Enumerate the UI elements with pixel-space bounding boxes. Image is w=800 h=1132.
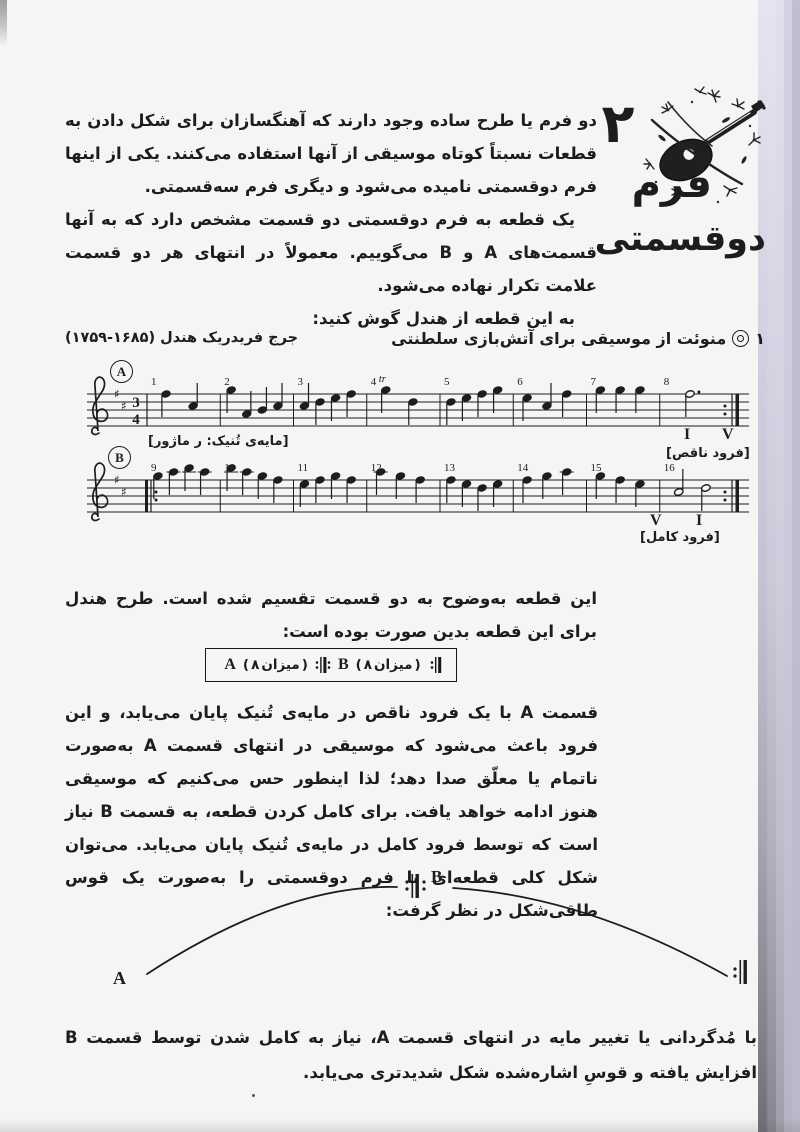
intro-paragraphs: دو فرم یا طرح ساده وجود دارند که آهنگساز… [65,104,597,335]
measure-number: 15 [591,462,603,474]
paren-close: ) [414,657,420,673]
repeat-dot [155,491,158,494]
final-thick-bar [736,394,740,426]
form-b-length: ( ۸ میزان ) [356,657,421,673]
chapter-title-word2: دوقسمتی [598,214,766,264]
time-sig-numerator: 3 [132,395,140,411]
paren-open: ( [243,657,249,673]
measure-number: 8 [664,376,670,388]
listen-track-icon [732,330,749,347]
book-page-scan: { "colors": { "ink": "#1d1d1d", "page": … [0,0,800,1132]
listening-marker: ۱ منوئت از موسیقی برای آتش‌بازی سلطنتی [391,329,765,348]
tonic-key-label: [مایه‌ی تُنیک: ر ماژور] [148,434,289,449]
measure-number: 14 [517,462,529,474]
measure-number: 6 [517,376,523,388]
chapter-title-word1: فرم [620,158,712,210]
measure-count: ۸ [364,657,372,673]
paren-close: ) [302,657,308,673]
measure-number: 1 [151,376,157,388]
cadence2-numeral-I: I [696,512,702,530]
arch-left-curve [147,887,397,974]
listening-caption-row: جرج فریدریک هندل (۱۷۵۹-۱۶۸۵) ۱ منوئت از … [65,322,765,354]
repeat-dot [724,491,727,494]
sharp-icon: ♯ [121,485,127,499]
final-thick-bar [736,480,740,512]
arch-peak-repeat-icon [405,874,425,898]
measure-number: 2 [224,376,230,388]
cadence2-numeral-V: V [650,512,662,530]
composer-credit: جرج فریدریک هندل (۱۷۵۹-۱۶۸۵) [65,330,298,346]
arch-label-a: A [113,968,126,988]
paren-open: ( [356,657,362,673]
paragraph-intro-2: یک قطعه به فرم دوقسمتی دو قسمت مشخص دارد… [65,203,597,302]
repeat-dot [724,413,727,416]
measure-unit: میزان [374,657,412,673]
piece-title: منوئت از موسیقی برای آتش‌بازی سلطنتی [391,329,726,348]
repeat-dot [724,405,727,408]
measure-number: 5 [444,376,450,388]
composer-years: (۱۷۵۹-۱۶۸۵) [65,330,155,346]
augmentation-dot [697,391,700,394]
form-section-b: B [338,656,349,674]
paragraph-middle: این قطعه به‌وضوح به دو قسمت تقسیم شده اس… [65,582,597,648]
repeat-dot [724,499,727,502]
measure-number: 13 [444,462,456,474]
paragraph-intro-1: دو فرم یا طرح ساده وجود دارند که آهنگساز… [65,104,597,203]
form-a-length: ( ۸ میزان ) [243,657,308,673]
repeat-dot [155,499,158,502]
paragraph-closing: با مُدگردانی یا تغییر مایه در انتهای قسم… [65,1020,757,1090]
scan-corner-smudge [0,0,7,46]
end-repeat-sign-icon [430,656,442,674]
arch-form-diagram: A B [55,856,755,1006]
measure-unit: میزان [261,657,299,673]
composer-name: جرج فریدریک هندل [160,330,298,346]
measure-number: 3 [298,376,304,388]
measure-number: 16 [664,462,676,474]
closing-paragraph-block: با مُدگردانی یا تغییر مایه در انتهای قسم… [65,1020,757,1090]
sharp-icon: ♯ [121,399,127,413]
scan-dot-artifact [252,1094,255,1097]
repeat-sign-double-icon [315,656,331,674]
arch-right-curve [453,888,727,976]
form-section-a: A [224,656,236,674]
arch-end-repeat-icon [733,960,747,984]
scan-bottom-shade [0,1118,800,1132]
middle-paragraph-block: این قطعه به‌وضوح به دو قسمت تقسیم شده اس… [65,582,597,648]
sharp-icon: ♯ [114,387,120,401]
measure-count: ۸ [251,657,259,673]
measure-number: 4 [371,376,377,388]
perfect-cadence-label: [فرود کامل] [640,530,720,545]
binary-form-diagram-box: A ( ۸ میزان ) B ( ۸ میزان ) [205,648,457,682]
measure-number: 11 [298,462,309,474]
cadence1-numeral-I: I [684,426,690,444]
measure-number: 9 [151,462,157,474]
cadence1-numeral-V: V [722,426,734,444]
measure-number: 7 [591,376,597,388]
music-staff-section-a: ♯♯341234tr5678 [85,372,757,438]
trill-mark: tr [379,373,387,385]
begin-repeat-thick-bar [145,480,148,512]
time-sig-denominator: 4 [132,412,140,428]
track-number: ۱ [755,329,765,348]
sharp-icon: ♯ [114,473,120,487]
arch-label-b: B [431,867,442,886]
chapter-number: ۲ [592,92,644,156]
